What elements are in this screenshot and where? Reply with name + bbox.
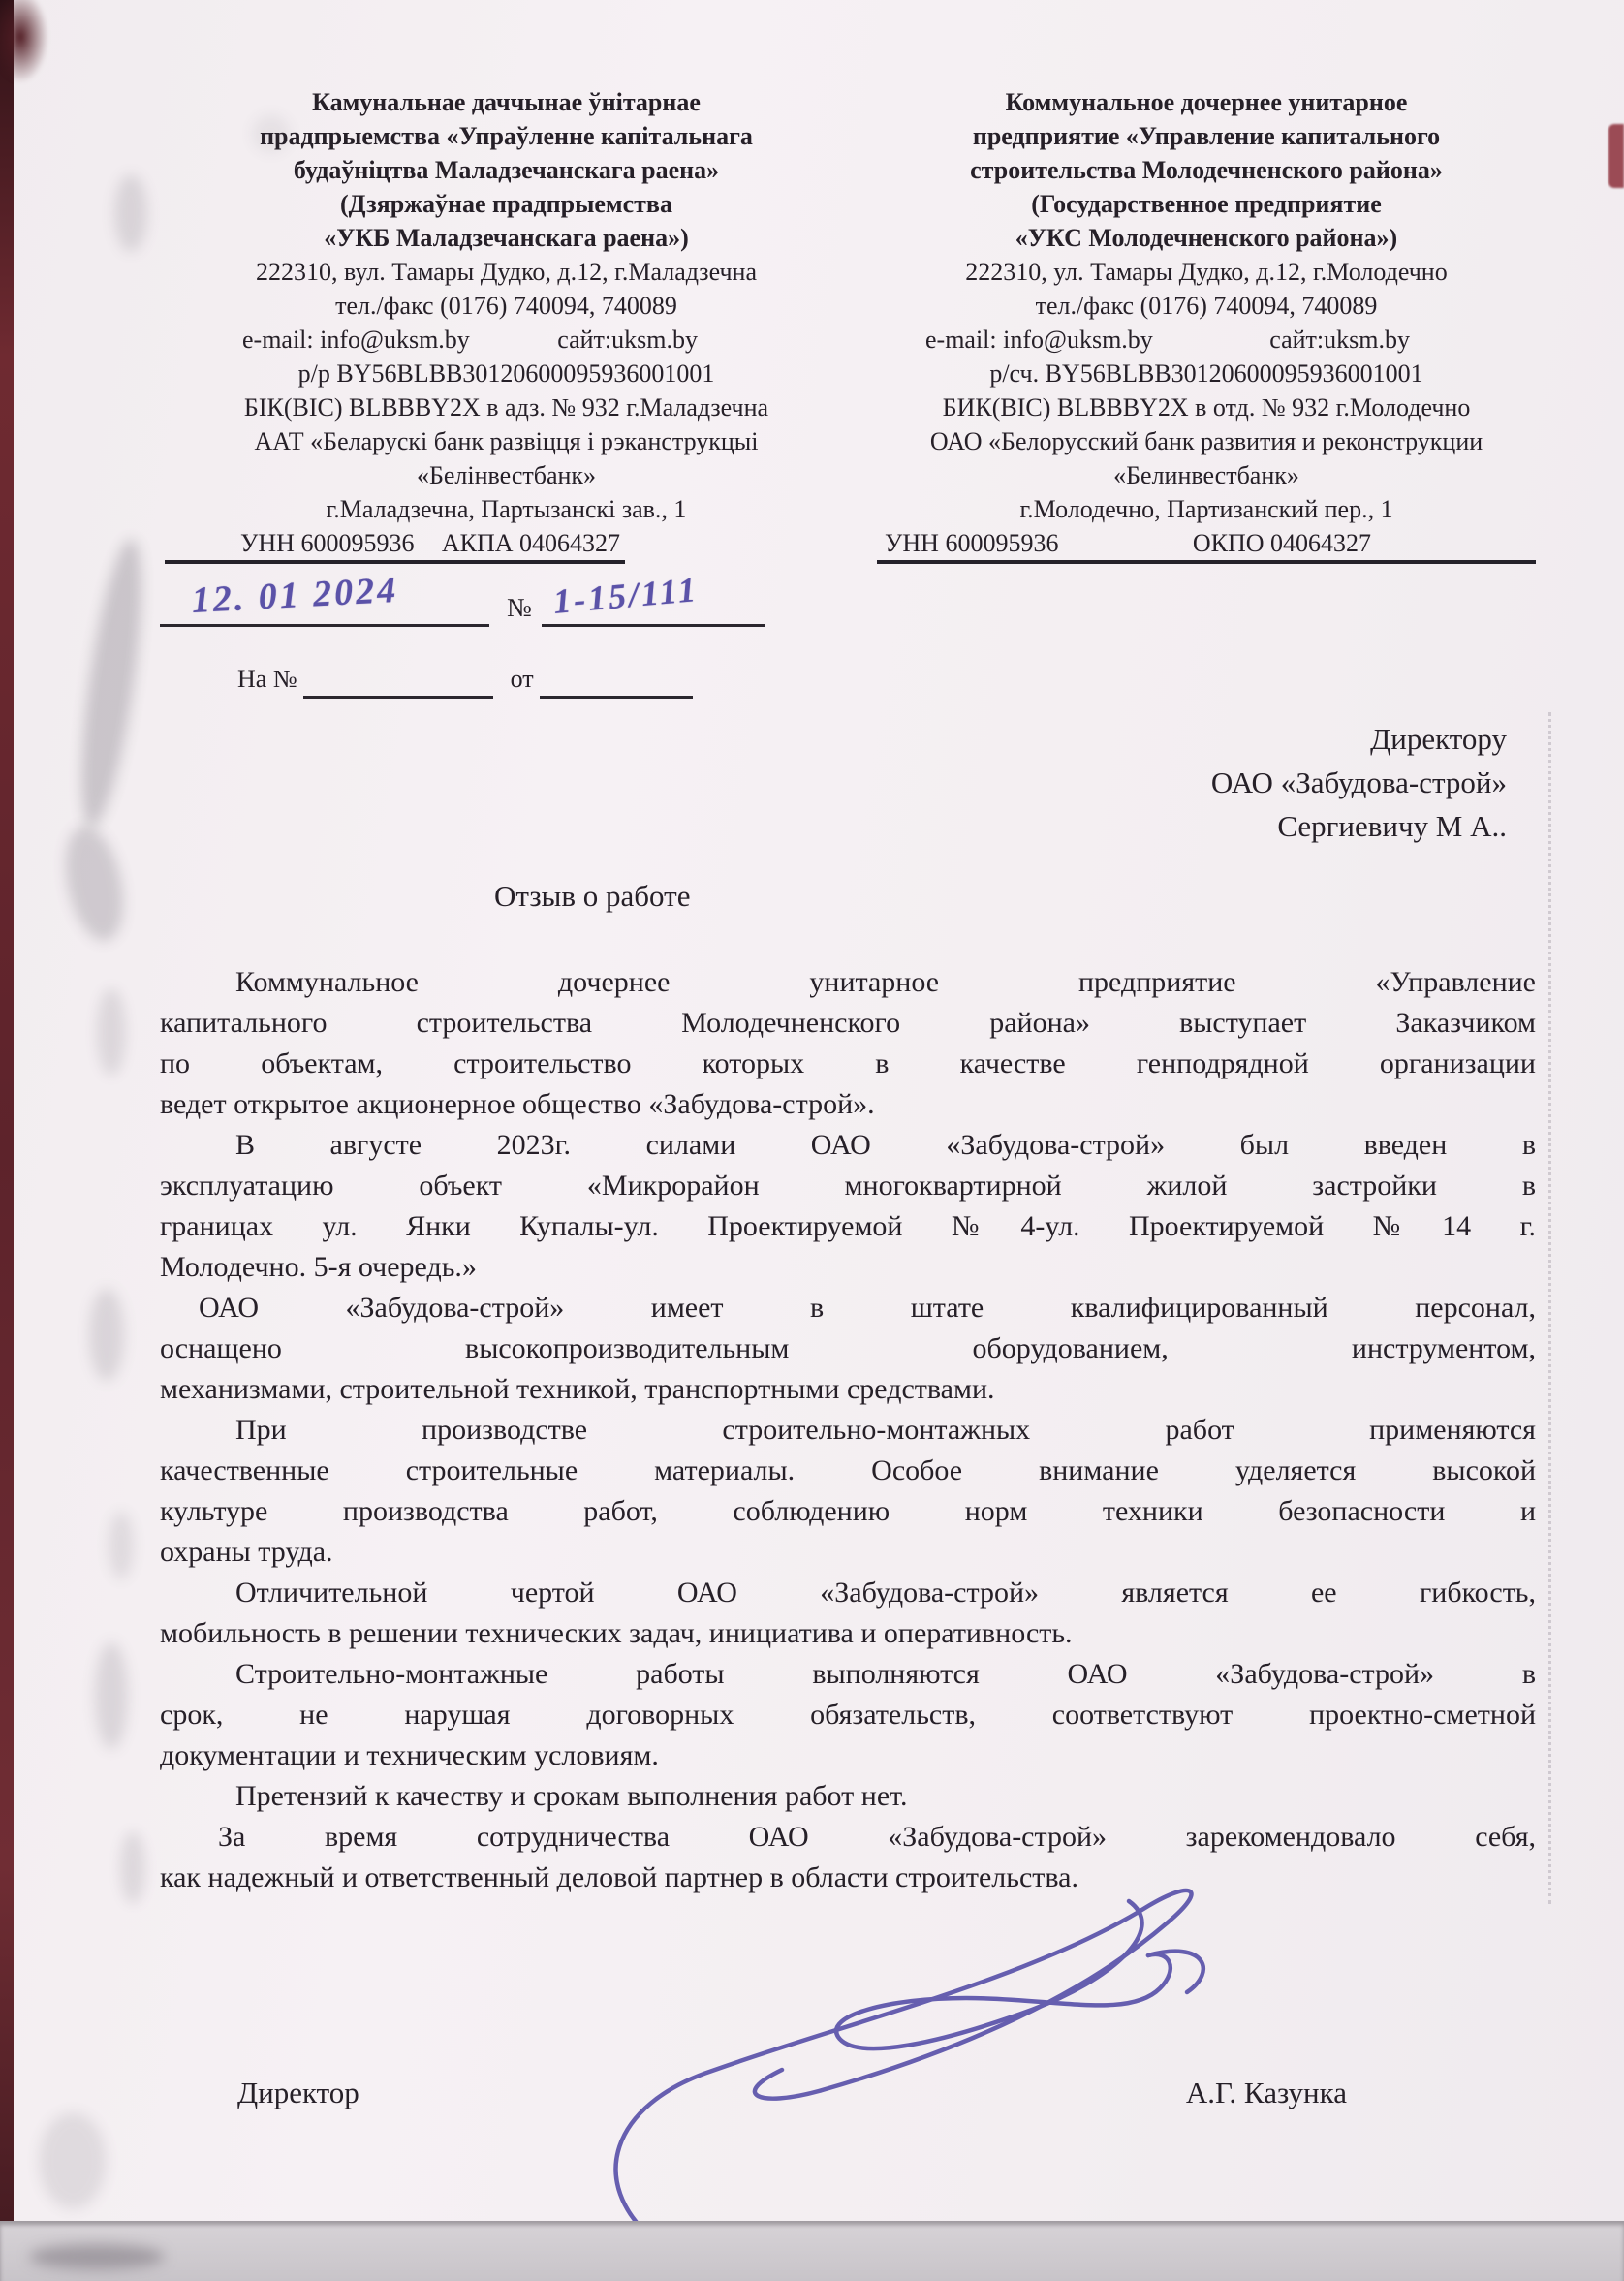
handwritten-number: 1-15/111	[551, 569, 700, 622]
from-date-line	[540, 653, 693, 699]
org-account-line: р/сч. BY56BLBB30120600095936001001	[877, 357, 1536, 391]
org-bank-line: «Белинвестбанк»	[877, 458, 1536, 492]
scanned-letter-page: Камунальнае даччынае ўнітарнае прадпрыем…	[0, 0, 1624, 2281]
org-email: e-mail: info@uksm.by	[925, 323, 1153, 357]
reply-ref-row: На №от	[160, 653, 1536, 698]
addressee-line: Сергиевичу М А..	[160, 804, 1507, 848]
org-bank-line: «Белінвестбанк»	[160, 458, 853, 492]
scan-edge-strip	[0, 0, 14, 2221]
body-line: капитального строительства Молодечненско…	[160, 1003, 1536, 1044]
date-line: 12. 01 2024	[160, 581, 489, 627]
org-address-line: 222310, ул. Тамары Дудко, д.12, г.Молоде…	[877, 255, 1536, 289]
scan-smudge	[56, 822, 133, 947]
letter-content: Камунальнае даччынае ўнітарнае прадпрыем…	[160, 85, 1536, 1898]
org-phone-line: тел./факс (0176) 740094, 740089	[160, 289, 853, 323]
org-email-site-row: e-mail: info@uksm.by сайт:uksm.by	[242, 323, 698, 357]
body-line: культуре производства работ, соблюдению …	[160, 1491, 1536, 1532]
body-line: Коммунальное дочернее унитарное предприя…	[160, 962, 1536, 1003]
org-unn: УНН 600095936	[885, 526, 1058, 560]
body-line: документации и техническим условиям.	[160, 1735, 1536, 1776]
body-line: Строительно-монтажные работы выполняются…	[160, 1654, 1536, 1695]
reply-to-label: На №	[237, 660, 297, 699]
number-sign-label: №	[507, 593, 532, 622]
org-name-line: Коммунальное дочернее унитарное	[877, 85, 1536, 119]
body-line: ведет открытое акционерное общество «Заб…	[160, 1084, 1536, 1125]
letter-body: Коммунальное дочернее унитарное предприя…	[160, 962, 1536, 1898]
org-unn: УНН 600095936	[240, 526, 414, 560]
body-line: В августе 2023г. силами ОАО «Забудова-ст…	[160, 1125, 1536, 1166]
body-line: Молодечно. 5-я очередь.»	[160, 1247, 1536, 1288]
body-line: эксплуатацию объект «Микрорайон многоква…	[160, 1166, 1536, 1206]
org-site: сайт:uksm.by	[557, 323, 698, 357]
body-line: мобильность в решении технических задач,…	[160, 1613, 1536, 1654]
letterhead-left-column: Камунальнае даччынае ўнітарнае прадпрыем…	[160, 85, 853, 564]
body-line: Отличительной чертой ОАО «Забудова-строй…	[160, 1573, 1536, 1613]
org-address-line: г.Молодечно, Партизанский пер., 1	[877, 492, 1536, 526]
signer-role-label: Директор	[237, 2076, 359, 2110]
handwritten-date: 12. 01 2024	[191, 569, 400, 622]
letterhead: Камунальнае даччынае ўнітарнае прадпрыем…	[160, 85, 1536, 564]
org-name-line: строительства Молодечненского района»	[877, 153, 1536, 187]
scan-smudge	[252, 114, 291, 153]
body-line: по объектам, строительство которых в кач…	[160, 1044, 1536, 1084]
scan-smudge	[95, 1642, 128, 1749]
letterhead-rule-right	[877, 560, 1536, 564]
org-address-line: г.Маладзечна, Партызанскі зав., 1	[160, 492, 853, 526]
scan-smudge	[114, 174, 147, 252]
outgoing-ref-row: 12. 01 2024 № 1-15/111	[160, 581, 1536, 628]
scan-smudge	[29, 2244, 165, 2269]
org-address-line: 222310, вул. Тамары Дудко, д.12, г.Малад…	[160, 255, 853, 289]
letter-title: Отзыв о работе	[494, 879, 690, 914]
org-email: e-mail: info@uksm.by	[242, 323, 470, 357]
body-line: границах ул. Янки Купалы-ул. Проектируем…	[160, 1206, 1536, 1247]
org-unn-row: УНН 600095936 АКПА 04064327	[240, 526, 620, 560]
addressee-block: Директору ОАО «Забудова-строй» Сергиевич…	[160, 717, 1536, 848]
org-unn-row: УНН 600095936 ОКПО 04064327	[877, 526, 1536, 560]
org-bank-line: ОАО «Белорусский банк развития и реконст…	[877, 424, 1536, 458]
body-line: механизмами, строительной техникой, тран…	[160, 1369, 1536, 1410]
scan-smudge	[39, 2112, 107, 2209]
org-name-line: «УКС Молодечненского района»)	[877, 221, 1536, 255]
scan-smudge	[69, 536, 153, 829]
body-line: охраны труда.	[160, 1532, 1536, 1573]
scan-corner-mark	[0, 0, 48, 83]
org-name-line: предприятие «Управление капитального	[877, 119, 1536, 153]
number-line: 1-15/111	[542, 581, 765, 627]
org-okpo: АКПА 04064327	[442, 526, 620, 560]
signature-ink	[528, 1862, 1245, 2250]
scan-bottom-band	[0, 2221, 1624, 2281]
body-line: оснащено высокопроизводительным оборудов…	[160, 1328, 1536, 1369]
org-name-line: будаўніцтва Маладзечанскага раена»	[160, 153, 853, 187]
body-line: срок, не нарушая договорных обязательств…	[160, 1695, 1536, 1735]
body-line: При производстве строительно-монтажных р…	[160, 1410, 1536, 1451]
from-label: от	[511, 660, 534, 699]
scan-smudge	[89, 1289, 124, 1381]
letterhead-right-column: Коммунальное дочернее унитарное предприя…	[877, 85, 1536, 564]
addressee-line: ОАО «Забудова-строй»	[160, 761, 1507, 804]
body-line: ОАО «Забудова-строй» имеет в штате квали…	[160, 1288, 1536, 1328]
org-bic-line: БІК(BIC) BLBBBY2X в адз. № 932 г.Маладзе…	[160, 391, 853, 424]
org-okpo: ОКПО 04064327	[1193, 526, 1371, 560]
org-site: сайт:uksm.by	[1269, 323, 1410, 357]
org-name-line: (Государственное предприятие	[877, 187, 1536, 221]
scan-smudge	[97, 988, 126, 1076]
org-bank-line: ААТ «Беларускі банк развіцця і рэканстру…	[160, 424, 853, 458]
body-line: Претензий к качеству и срокам выполнения…	[160, 1776, 1536, 1817]
org-account-line: р/р BY56BLBB30120600095936001001	[160, 357, 853, 391]
reply-number-line	[303, 653, 493, 699]
body-line: За время сотрудничества ОАО «Забудова-ст…	[160, 1817, 1536, 1858]
org-bic-line: БИК(BIC) BLBBBY2X в отд. № 932 г.Молодеч…	[877, 391, 1536, 424]
org-name-line: (Дзяржаўнае прадпрыемства	[160, 187, 853, 221]
scan-smudge	[120, 1831, 145, 1904]
scan-edge-mark-right	[1608, 124, 1624, 188]
org-name-line: Камунальнае даччынае ўнітарнае	[160, 85, 853, 119]
body-line: качественные строительные материалы. Осо…	[160, 1451, 1536, 1491]
org-name-line: «УКБ Маладзечанскага раена»)	[160, 221, 853, 255]
paper-crease	[1548, 712, 1551, 1904]
scan-smudge	[109, 1512, 134, 1579]
letterhead-rule-left	[165, 560, 625, 564]
org-phone-line: тел./факс (0176) 740094, 740089	[877, 289, 1536, 323]
addressee-line: Директору	[160, 717, 1507, 761]
org-email-site-row: e-mail: info@uksm.by сайт:uksm.by	[925, 323, 1410, 357]
